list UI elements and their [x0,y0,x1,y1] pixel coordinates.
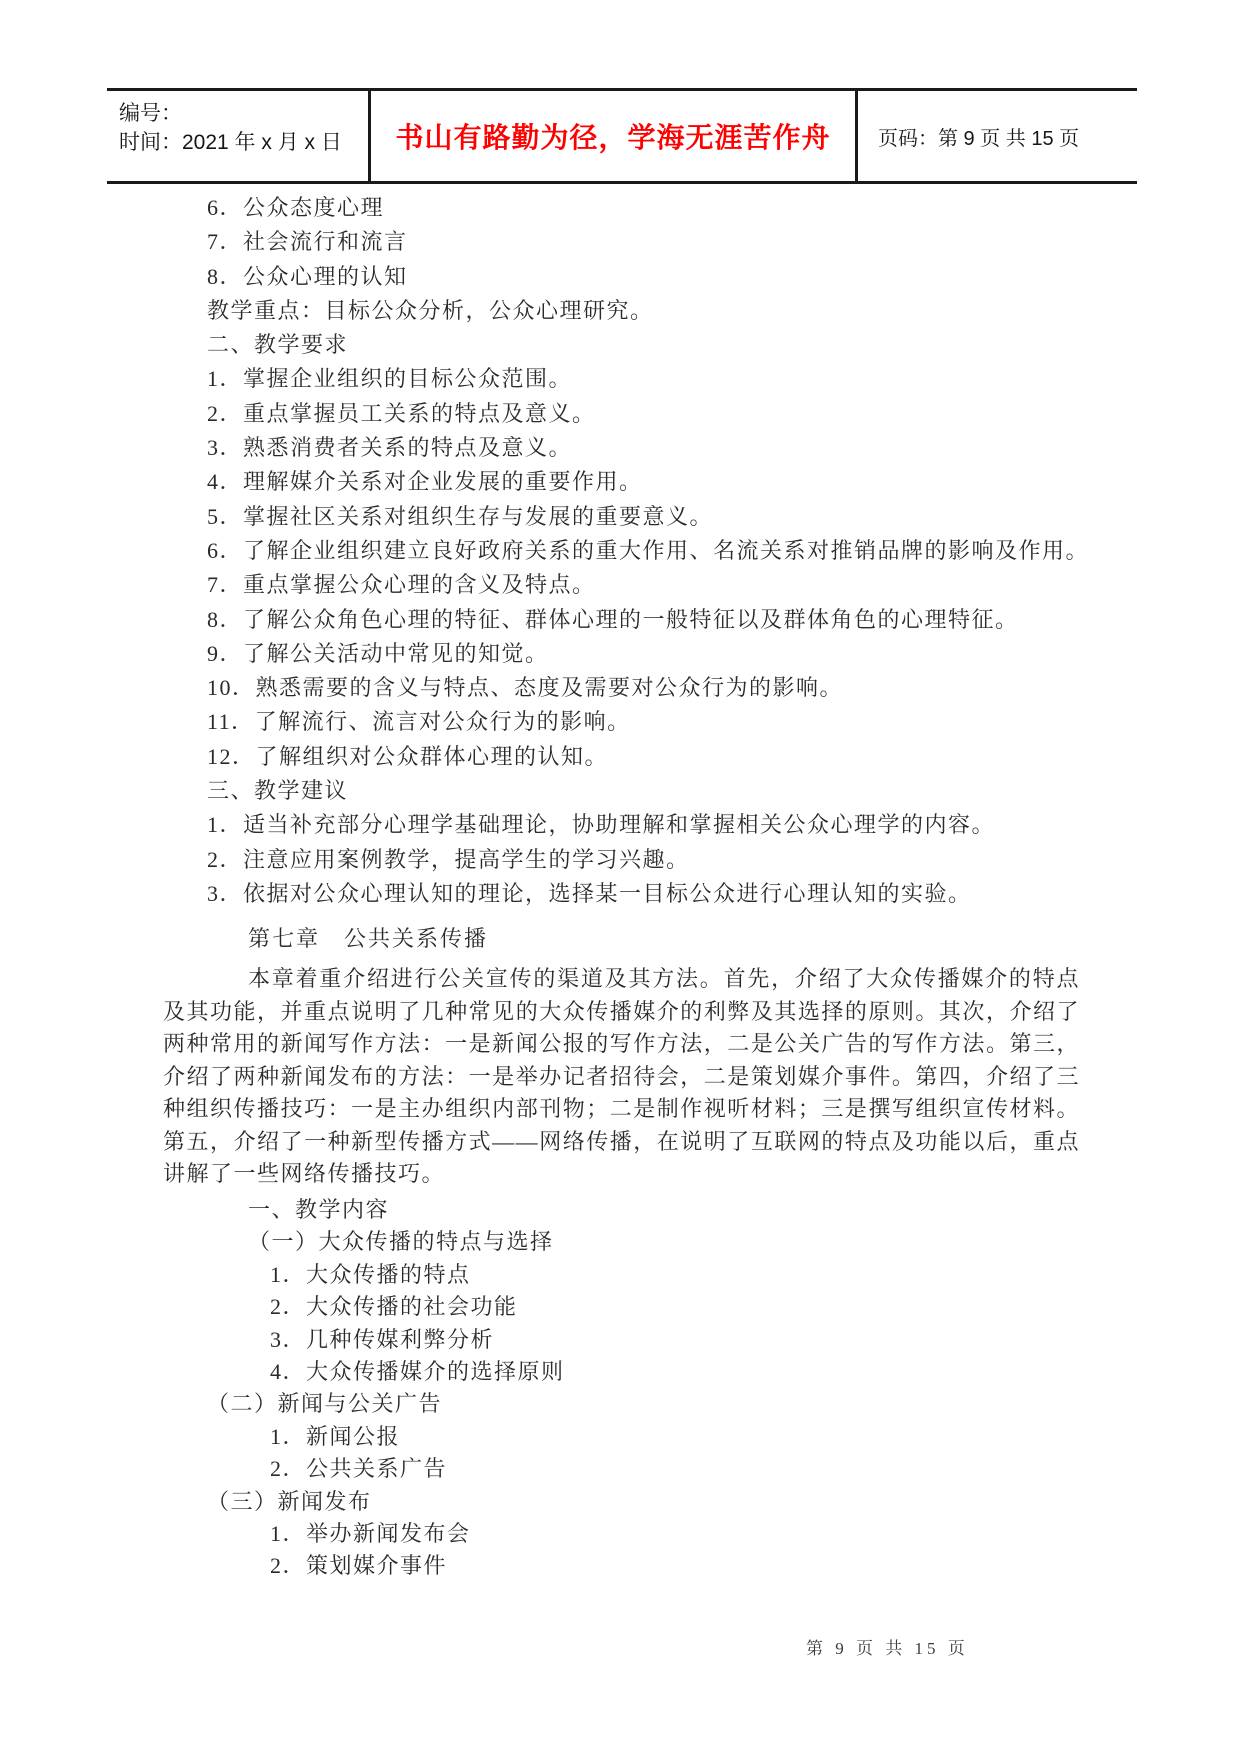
header-slogan-cell: 书山有路勤为径，学海无涯苦作舟 [368,91,855,181]
document-line: 7．社会流行和流言 [0,225,1241,259]
document-line: 6．了解企业组织建立良好政府关系的重大作用、名流关系对推销品牌的影响及作用。 [0,534,1241,568]
document-line: 5．掌握社区关系对组织生存与发展的重要意义。 [0,500,1241,534]
document-line: 1．大众传播的特点 [0,1259,1241,1291]
document-line: 一、教学内容 [0,1194,1241,1226]
chapter-intro-paragraph: 本章着重介绍进行公关宣传的渠道及其方法。首先，介绍了大众传播媒介的特点及其功能，… [163,963,1080,1191]
document-line: 2．大众传播的社会功能 [0,1291,1241,1323]
document-line: 1．新闻公报 [0,1421,1241,1453]
chapter-title: 第七章 公共关系传播 [248,922,488,953]
document-line: 3．熟悉消费者关系的特点及意义。 [0,431,1241,465]
document-line: 2．重点掌握员工关系的特点及意义。 [0,397,1241,431]
time-label: 时间：2021 年 x 月 x 日 [119,128,368,157]
number-label: 编号： [119,99,368,128]
document-line: 3．几种传媒利弊分析 [0,1324,1241,1356]
document-line: 2．注意应用案例教学，提高学生的学习兴趣。 [0,843,1241,877]
document-line: 7．重点掌握公众心理的含义及特点。 [0,568,1241,602]
document-page: 编号： 时间：2021 年 x 月 x 日 书山有路勤为径，学海无涯苦作舟 页码… [0,0,1241,1754]
document-line: 4．理解媒介关系对企业发展的重要作用。 [0,465,1241,499]
document-line: 三、教学建议 [0,774,1241,808]
chapter-outline-list: 一、教学内容（一）大众传播的特点与选择1．大众传播的特点2．大众传播的社会功能3… [0,1194,1241,1583]
document-line: 1．适当补充部分心理学基础理论，协助理解和掌握相关公众心理学的内容。 [0,808,1241,842]
document-line: 11．了解流行、流言对公众行为的影响。 [0,705,1241,739]
header-page-cell: 页码：第 9 页 共 15 页 [855,91,1137,181]
document-line: 教学重点：目标公众分析，公众心理研究。 [0,294,1241,328]
page-footer: 第 9 页 共 15 页 [806,1634,969,1659]
document-line: （二）新闻与公关广告 [0,1388,1241,1420]
document-line: 4．大众传播媒介的选择原则 [0,1356,1241,1388]
slogan-text: 书山有路勤为径，学海无涯苦作舟 [395,116,830,156]
document-line: 3．依据对公众心理认知的理论，选择某一目标公众进行心理认知的实验。 [0,877,1241,911]
document-line: 8．公众心理的认知 [0,260,1241,294]
document-line: 1．掌握企业组织的目标公众范围。 [0,362,1241,396]
document-line: （三）新闻发布 [0,1486,1241,1518]
document-line: 6．公众态度心理 [0,191,1241,225]
document-line: 1．举办新闻发布会 [0,1518,1241,1550]
document-line: 10．熟悉需要的含义与特点、态度及需要对公众行为的影响。 [0,671,1241,705]
teaching-outline-list: 6．公众态度心理7．社会流行和流言8．公众心理的认知教学重点：目标公众分析，公众… [0,191,1241,911]
document-line: 2．公共关系广告 [0,1453,1241,1485]
page-number-label: 页码：第 9 页 共 15 页 [878,122,1079,151]
document-line: 8．了解公众角色心理的特征、群体心理的一般特征以及群体角色的心理特征。 [0,603,1241,637]
document-line: 2．策划媒介事件 [0,1550,1241,1582]
document-line: （一）大众传播的特点与选择 [0,1226,1241,1258]
header-table: 编号： 时间：2021 年 x 月 x 日 书山有路勤为径，学海无涯苦作舟 页码… [107,88,1137,184]
header-left-cell: 编号： 时间：2021 年 x 月 x 日 [107,91,368,181]
document-line: 二、教学要求 [0,328,1241,362]
document-line: 12．了解组织对公众群体心理的认知。 [0,740,1241,774]
document-line: 9．了解公关活动中常见的知觉。 [0,637,1241,671]
